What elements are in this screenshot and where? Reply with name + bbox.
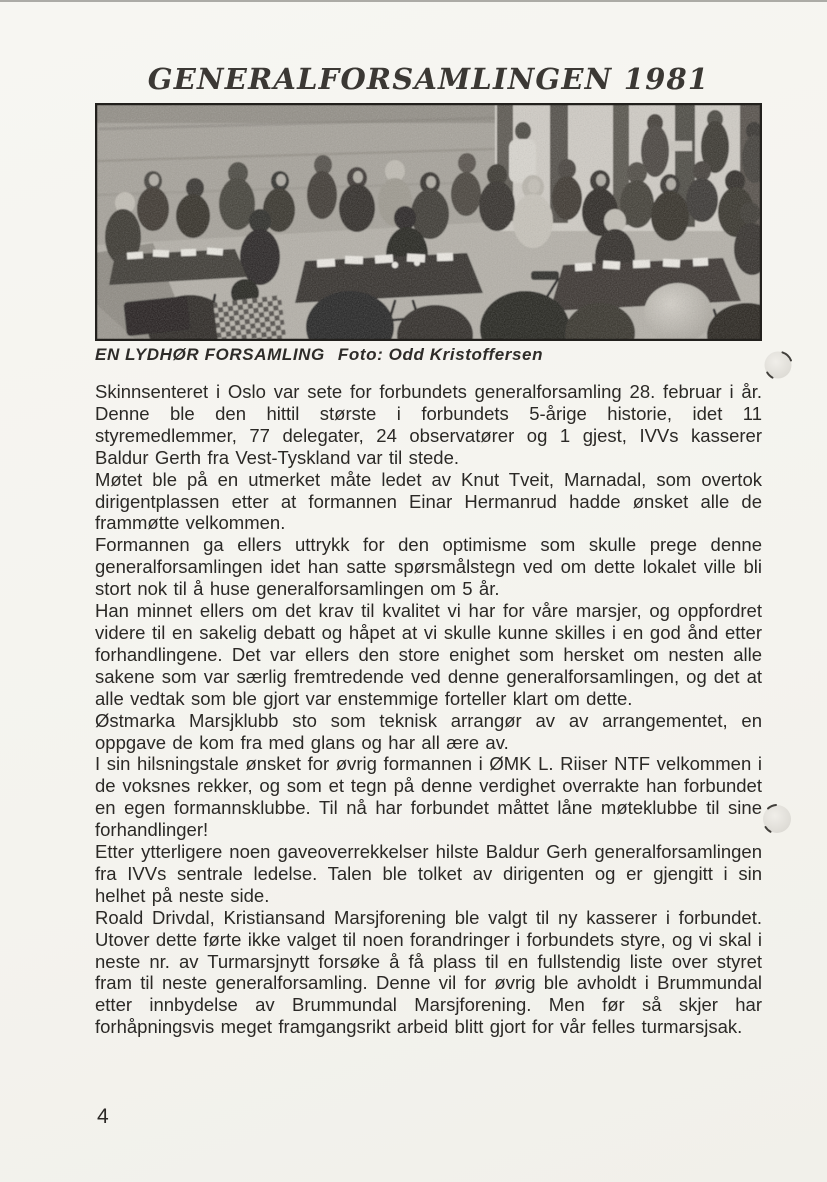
scan-top-edge bbox=[0, 0, 827, 2]
paragraph: Han minnet ellers om det krav til kvalit… bbox=[95, 600, 762, 710]
paragraph: Formannen ga ellers uttrykk for den opti… bbox=[95, 534, 762, 600]
article-body: Skinnsenteret i Oslo var sete for forbun… bbox=[95, 381, 762, 1038]
binder-hole-bottom bbox=[762, 803, 792, 835]
photo-figure bbox=[95, 103, 762, 341]
assembly-meeting-photo-image bbox=[95, 103, 762, 341]
scanned-page: GENERALFORSAMLINGEN 1981 bbox=[0, 0, 827, 1182]
photo-credit: Foto: Odd Kristoffersen bbox=[338, 345, 543, 364]
binder-hole-top bbox=[763, 349, 793, 381]
photo-caption-title: EN LYDHØR FORSAMLING bbox=[95, 345, 325, 364]
paragraph: Møtet ble på en utmerket måte ledet av K… bbox=[95, 469, 762, 535]
paragraph: Roald Drivdal, Kristiansand Marsjforenin… bbox=[95, 907, 762, 1038]
paragraph: Etter ytterligere noen gaveoverrekkelser… bbox=[95, 841, 762, 907]
paragraph: Østmarka Marsjklubb sto som teknisk arra… bbox=[95, 710, 762, 754]
photo-caption: EN LYDHØR FORSAMLINGFoto: Odd Kristoffer… bbox=[95, 345, 762, 365]
page-number: 4 bbox=[97, 1105, 109, 1129]
page-title: GENERALFORSAMLINGEN 1981 bbox=[95, 62, 762, 96]
paragraph: I sin hilsningstale ønsket for øvrig for… bbox=[95, 753, 762, 841]
paragraph: Skinnsenteret i Oslo var sete for forbun… bbox=[95, 381, 762, 469]
